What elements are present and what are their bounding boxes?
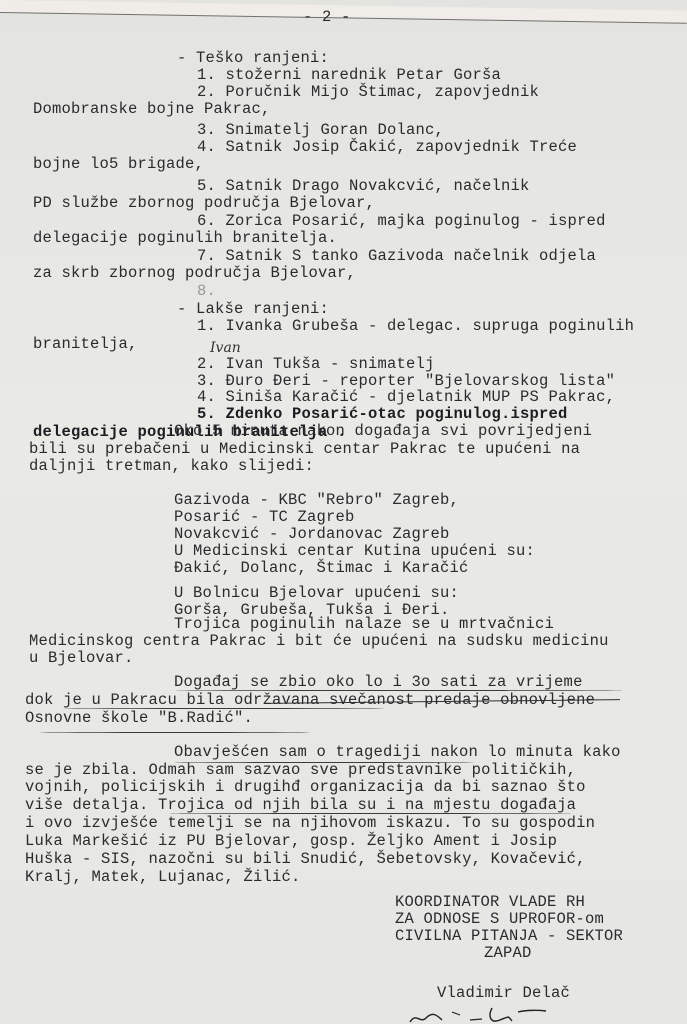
page-number: - 2 - [303,9,351,26]
transfer-item: U Medicinski centar Kutina upućeni su: [174,543,535,560]
heavy-item-cont: PD službe zbornog područja Bjelovar, [33,195,375,212]
heading-heavy-injured: - Teško ranjeni: [177,50,329,67]
heavy-item-cont: bojne lo5 brigade, [33,156,204,173]
light-item: 2. Ivan Tukša - snimatelj [197,356,435,373]
heavy-item-cont: delegacije poginulih branitelja. [33,230,337,247]
paragraph-line: bili su prebačeni u Medicinski centar Pa… [29,441,580,458]
heavy-item-cont: Domobranske bojne Pakrac, [33,101,271,118]
paragraph-line: i ovo izvješće temelji se na njihovom is… [25,815,595,832]
paragraph-line: Trojica poginulih nalaze se u mrtvačnici [174,616,554,633]
signature-title-line: ZAPAD [484,945,532,962]
transfer-item: Gazivoda - KBC "Rebro" Zagreb, [174,492,459,509]
heading-light-injured: - Lakše ranjeni: [177,301,329,318]
heavy-item: 5. Satnik Drago Novakcvić, načelnik [197,178,530,195]
paragraph-line: Luka Markešić iz PU Bjelovar, gosp. Želj… [25,833,557,850]
underline-mark [168,813,573,814]
paragraph-line: Oko 5 minuta nakon događaja svi povrijed… [174,423,592,440]
bjelovar-item: U Bolnicu Bjelovar upućeni su: [174,585,459,602]
paragraph-line: vojnih, policijskih i drugihđ organizaci… [25,779,586,796]
heavy-item-cont: za skrb zbornog područja Bjelovar, [33,265,356,282]
underline-mark [64,708,384,709]
paragraph-line: Kralj, Matek, Lujanac, Žilić. [25,869,301,886]
transfer-item: Đakić, Dolanc, Štimac i Karačić [174,560,469,577]
signature-title-line: ZA ODNOSE S UPROFOR-om [395,911,604,928]
light-item-cont: branitelja, [33,336,138,353]
handwritten-signature [408,1006,548,1024]
transfer-item: Posarić - TC Zagreb [174,509,355,526]
signature-title-line: KOORDINATOR VLADE RH [395,894,585,911]
paragraph-line: Događaj se zbio oko lo i 3o sati za vrij… [174,674,583,691]
underline-mark [174,762,474,763]
paragraph-line: više detalja. Trojica od njih bila su i … [25,797,576,814]
heavy-item: 7. Satnik S tanko Gazivoda načelnik odje… [197,248,596,265]
light-item: 1. Ivanka Grubeša - delegac. supruga pog… [197,318,634,335]
paragraph-line: Medicinskog centra Pakrac i bit će upuće… [29,633,609,650]
transfer-item: Novakcvić - Jordanovac Zagreb [174,526,450,543]
paragraph-line: Obavješćen sam o tragediji nakon lo minu… [174,744,621,761]
document-page: - 2 - - Teško ranjeni: 1. stožerni nared… [0,0,687,1024]
underline-mark [174,690,624,691]
heavy-item: 3. Snimatelj Goran Dolanc, [197,122,444,139]
paragraph-line: Huška - SIS, nazočni su bili Snudić, Šeb… [25,851,586,868]
heavy-item: 1. stožerni narednik Petar Gorša [197,67,501,84]
handwritten-correction: Ivan [210,340,241,356]
paragraph-line: Osnovne škole "B.Radić". [25,710,253,727]
heavy-item: 6. Zorica Posarić, majka poginulog - isp… [197,213,606,230]
heavy-item: 4. Satnik Josip Čakić, zapovjednik Treće [197,139,577,156]
heavy-item: 8. [197,283,216,300]
light-item: 5. Zdenko Posarić-otac poginulog.ispred [197,406,568,423]
underline-mark [40,732,310,733]
heavy-item: 2. Poručnik Mijo Štimac, zapovjednik [197,84,539,101]
signature-title-line: CIVILNA PITANJA - SEKTOR [395,928,623,945]
paragraph-line: se je zbila. Odmah sam sazvao sve predst… [25,762,576,779]
paragraph-line: daljnji tretman, kako slijedi: [29,458,314,475]
signatory-name: Vladimir Delač [437,985,570,1002]
light-item: 4. Siniša Karačić - djelatnik MUP PS Pak… [197,389,615,406]
paragraph-line: u Bjelovar. [29,650,134,667]
